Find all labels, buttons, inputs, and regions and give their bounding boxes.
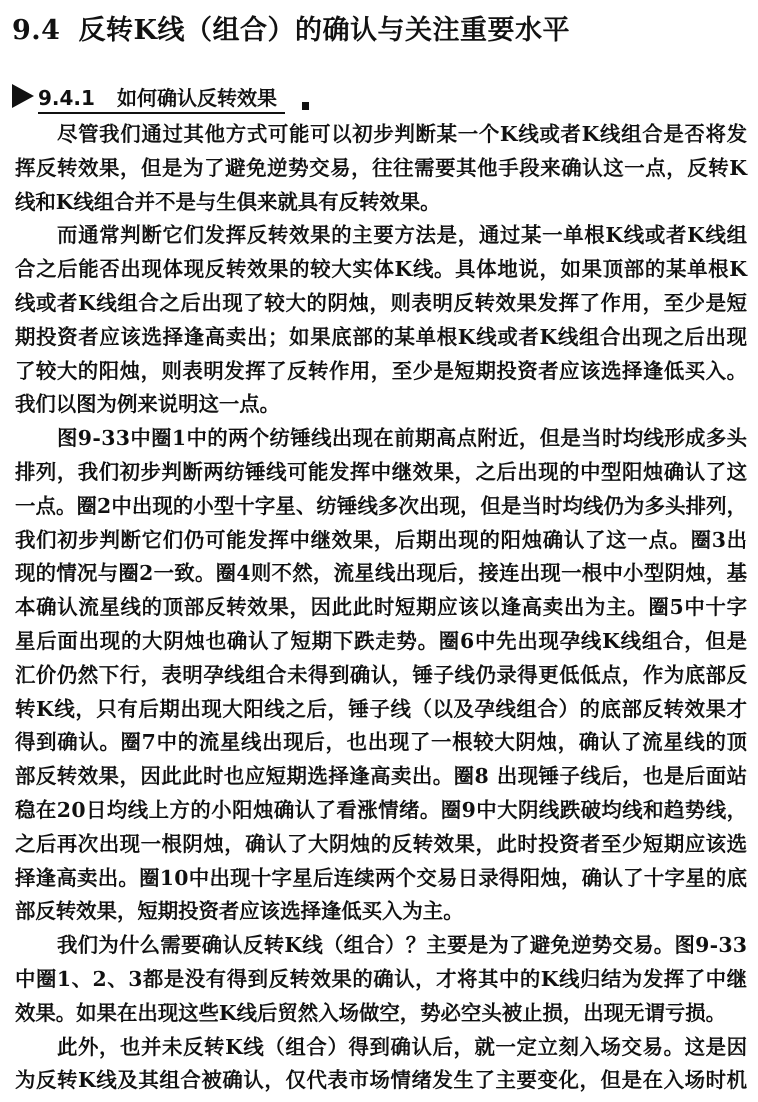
text-line: 线或者K线组合之后出现了较大的阴烛，则表明反转效果发挥了作用，至少是短 xyxy=(15,287,747,321)
text-line: 之后再次出现一根阴烛，确认了大阴烛的反转效果，此时投资者至少短期应该选 xyxy=(15,828,747,862)
text-line: 本确认流星线的顶部反转效果，因此此时短期应该以逢高卖出为主。圈5中十字 xyxy=(15,591,747,625)
section-heading: 9.4反转K线（组合）的确认与关注重要水平 xyxy=(12,8,570,47)
text-line: 了较大的阳烛，则表明发挥了反转作用，至少是短期投资者应该选择逢低买入。 xyxy=(15,355,747,389)
text-line: 合之后能否出现体现反转效果的较大实体K线。具体地说，如果顶部的某单根K xyxy=(15,253,747,287)
text-line: 期投资者应该选择逢高卖出；如果底部的某单根K线或者K线组合出现之后出现 xyxy=(15,321,747,355)
text-line: 挥反转效果，但是为了避免逆势交易，往往需要其他手段来确认这一点，反转K xyxy=(15,152,747,186)
text-line: 稳在20日均线上方的小阳烛确认了看涨情绪。圈9中大阴线跌破均线和趋势线， xyxy=(15,794,747,828)
section-title: 反转K线（组合）的确认与关注重要水平 xyxy=(78,15,569,46)
paragraph: 我们为什么需要确认反转K线（组合）？主要是为了避免逆势交易。图9-33中圈1、2… xyxy=(15,929,747,1030)
text-line: 此外，也并未反转K线（组合）得到确认后，就一定立刻入场交易。这是因 xyxy=(15,1031,747,1065)
paragraph: 图9-33中圈1中的两个纺锤线出现在前期高点附近，但是当时均线形成多头排列，我们… xyxy=(15,422,747,929)
text-line: 效果。如果在出现这些K线后贸然入场做空，势必空头被止损，出现无谓亏损。 xyxy=(15,997,747,1031)
section-number: 9.4 xyxy=(12,15,60,46)
subsection-title: 如何确认反转效果 xyxy=(117,86,277,110)
text-line: 我们以图为例来说明这一点。 xyxy=(15,388,747,422)
text-line: 中圈1、2、3都是没有得到反转效果的确认，才将其中的K线归结为发挥了中继 xyxy=(15,963,747,997)
triangle-arrow-icon xyxy=(12,84,34,108)
heading-end-mark xyxy=(302,102,309,110)
text-line: 排列，我们初步判断两纺锤线可能发挥中继效果，之后出现的中型阳烛确认了这 xyxy=(15,456,747,490)
paragraph: 此外，也并未反转K线（组合）得到确认后，就一定立刻入场交易。这是因为反转K线及其… xyxy=(15,1031,747,1099)
paragraph: 而通常判断它们发挥反转效果的主要方法是，通过某一单根K线或者K线组合之后能否出现… xyxy=(15,219,747,422)
text-line: 部反转效果，短期投资者应该选择逢低买入为主。 xyxy=(15,895,747,929)
text-line: 为反转K线及其组合被确认，仅代表市场情绪发生了主要变化，但是在入场时机 xyxy=(15,1064,747,1098)
text-line: 部反转效果，因此此时也应短期选择逢高卖出。圈8 出现锤子线后，也是后面站 xyxy=(15,760,747,794)
text-line: 我们为什么需要确认反转K线（组合）？主要是为了避免逆势交易。图9-33 xyxy=(15,929,747,963)
subsection-title-wrap: 9.4.1如何确认反转效果 xyxy=(38,82,285,114)
subsection-number: 9.4.1 xyxy=(38,86,95,110)
text-line: 而通常判断它们发挥反转效果的主要方法是，通过某一单根K线或者K线组 xyxy=(15,219,747,253)
text-line: 择逢高卖出。圈10中出现十字星后连续两个交易日录得阳烛，确认了十字星的底 xyxy=(15,862,747,896)
text-line: 一点。圈2中出现的小型十字星、纺锤线多次出现，但是当时均线仍为多头排列， xyxy=(15,490,747,524)
paragraph: 尽管我们通过其他方式可能可以初步判断某一个K线或者K线组合是否将发挥反转效果，但… xyxy=(15,118,747,219)
text-line: 转K线，只有后期出现大阳线之后，锤子线（以及孕线组合）的底部反转效果才 xyxy=(15,693,747,727)
text-line: 汇价仍然下行，表明孕线组合未得到确认，锤子线仍录得更低低点，作为底部反 xyxy=(15,659,747,693)
text-line: 星后面出现的大阴烛也确认了短期下跌走势。圈6中先出现孕线K线组合，但是 xyxy=(15,625,747,659)
text-line: 图9-33中圈1中的两个纺锤线出现在前期高点附近，但是当时均线形成多头 xyxy=(15,422,747,456)
body-text: 尽管我们通过其他方式可能可以初步判断某一个K线或者K线组合是否将发挥反转效果，但… xyxy=(15,118,747,1098)
text-line: 得到确认。圈7中的流星线出现后，也出现了一根较大阴烛，确认了流星线的顶 xyxy=(15,726,747,760)
text-line: 尽管我们通过其他方式可能可以初步判断某一个K线或者K线组合是否将发 xyxy=(15,118,747,152)
text-line: 线和K线组合并不是与生俱来就具有反转效果。 xyxy=(15,186,747,220)
text-line: 我们初步判断它们仍可能发挥中继效果，后期出现的阳烛确认了这一点。圈3出 xyxy=(15,524,747,558)
text-line: 现的情况与圈2一致。圈4则不然，流星线出现后，接连出现一根中小型阴烛，基 xyxy=(15,557,747,591)
